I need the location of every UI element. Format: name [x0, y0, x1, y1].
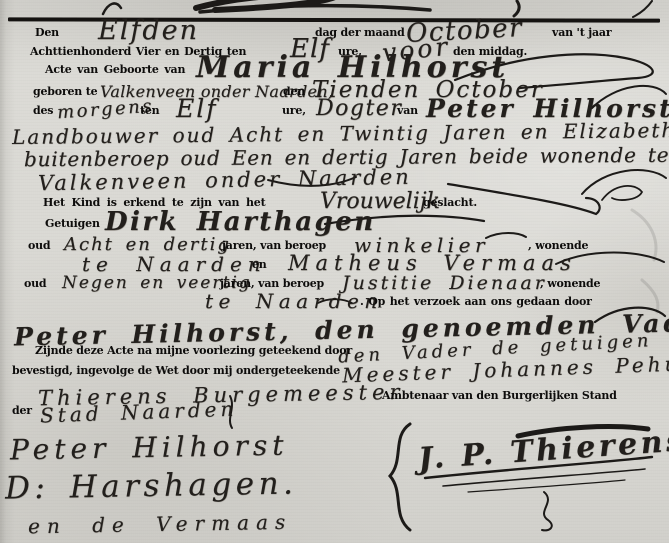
- underline-thierens-3: [468, 480, 625, 492]
- printed-ambtenaar: Ambtenaar van den Burgerlijken Stand: [382, 389, 617, 402]
- bleed-mark-1: [632, 210, 656, 260]
- signature-brace: [390, 424, 410, 530]
- signature-vermaas: en de Vermaas: [28, 510, 293, 539]
- dash-winkelier: [486, 233, 526, 238]
- signature-jp-thierens: J. P. Thierens.: [417, 422, 669, 477]
- printed-wonende2: , wonende: [540, 277, 600, 290]
- printed-ten: ten: [140, 104, 159, 117]
- printed-geslacht: geslacht.: [423, 196, 477, 209]
- printed-ure2: ure,: [282, 104, 306, 117]
- printed-van: van: [397, 104, 418, 117]
- printed-der: der: [12, 404, 32, 417]
- top-right-tick: [633, 1, 652, 17]
- printed-zijnde: Zijnde deze Acte na mijne voorlezing get…: [35, 344, 352, 357]
- top-cutoff-scribble-a: [103, 3, 121, 14]
- printed-des: des: [33, 104, 53, 117]
- printed-bevestigd: bevestigd, ingevolge de Wet door mij ond…: [12, 364, 340, 377]
- signature-peter-hilhorst: Peter Hilhorst: [10, 429, 289, 467]
- bleed-mark-2: [642, 280, 658, 312]
- printed-geboren-te: geboren te: [33, 85, 97, 98]
- handwritten-day: Elfden: [98, 15, 199, 46]
- paraaf-squiggle: [542, 492, 552, 530]
- printed-den2: den: [283, 85, 305, 98]
- printed-op-verzoek: . Op het verzoek aan ons gedaan door: [360, 295, 592, 308]
- printed-oud1: oud: [28, 239, 50, 252]
- scanned-birth-record: Den Elfden dag der maand October van 't …: [0, 0, 669, 543]
- printed-en: en: [252, 258, 267, 271]
- printed-acte-van-geboorte: Acte van Geboorte van: [45, 63, 185, 76]
- top-cutoff-scribble-b: [196, 0, 335, 10]
- printed-den: Den: [35, 26, 59, 39]
- vrouwelijk-loop-b: [602, 186, 642, 200]
- top-cutoff-scribble-c: [200, 6, 430, 12]
- printed-getuigen: Getuigen: [45, 217, 100, 230]
- handwritten-dogter: Dogter: [316, 96, 402, 121]
- handwritten-hour2: Elf: [176, 94, 218, 123]
- printed-van-t-jaar: van 't jaar: [552, 26, 611, 39]
- printed-oud2: oud: [24, 277, 46, 290]
- signature-d-harshagen: D: Harshagen.: [5, 465, 298, 506]
- handwritten-witness1-name: Dirk Harthagen: [105, 207, 376, 237]
- swash-right-2: [582, 170, 666, 194]
- handwritten-witness2-residence: te Naarden: [205, 289, 383, 313]
